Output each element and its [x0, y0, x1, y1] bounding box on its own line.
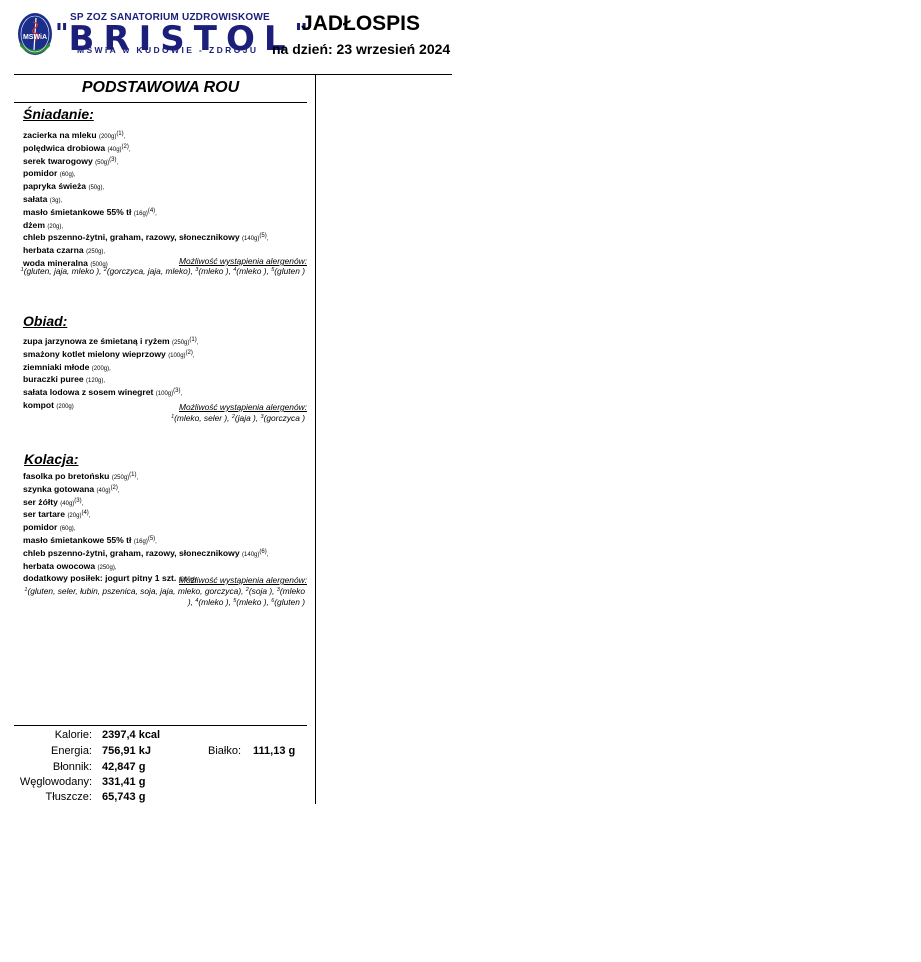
- allergen-reference: (5): [259, 233, 266, 239]
- allergen-entry: (mleko, seler ),: [174, 413, 232, 423]
- energy-value: 756,91 kJ: [102, 744, 151, 759]
- menu-item: kompot (200g): [23, 400, 198, 413]
- menu-item-name: pomidor: [23, 522, 57, 532]
- menu-item-quantity: (60g): [60, 172, 74, 178]
- meal-items: fasolka po bretońsku (250g)(1),szynka go…: [23, 471, 268, 586]
- diet-name: PODSTAWOWA ROU: [14, 79, 307, 97]
- allergen-entry: (gorczyca, jaja, mleko),: [107, 266, 195, 276]
- allergen-heading: Możliwość wystąpienia alergenów:: [179, 256, 307, 266]
- menu-item-separator: ,: [124, 134, 126, 140]
- menu-item-quantity: (50g): [95, 160, 109, 166]
- menu-item-separator: ,: [103, 378, 105, 384]
- menu-item: pomidor (60g),: [23, 522, 268, 535]
- allergen-reference: (1): [189, 337, 196, 343]
- menu-item-separator: ,: [103, 249, 105, 255]
- menu-item-name: kompot: [23, 400, 54, 410]
- menu-item-name: dżem: [23, 220, 47, 230]
- menu-item-name: pomidor: [23, 168, 57, 178]
- menu-item-separator: ,: [89, 513, 91, 519]
- calories-label: Kalorie:: [55, 728, 92, 743]
- menu-item-name: papryka świeża: [23, 181, 86, 191]
- menu-item-separator: ,: [60, 198, 62, 204]
- column-divider: [315, 75, 316, 804]
- menu-item-quantity: (100g): [156, 391, 173, 397]
- menu-item-name: ser tartare: [23, 509, 65, 519]
- menu-item: serek twarogowy (50g)(3),: [23, 156, 268, 169]
- fat-value: 65,743 g: [102, 790, 145, 805]
- menu-item: dżem (20g),: [23, 220, 268, 233]
- organization-location: MSWiA w KUDOWIE - ZDROJU: [77, 45, 258, 55]
- menu-item-quantity: (3g): [50, 198, 61, 204]
- menu-item-name: herbata czarna: [23, 245, 86, 255]
- meal-items: zacierka na mleku (200g)(1),polędwica dr…: [23, 130, 268, 271]
- menu-item-quantity: (16g): [134, 211, 148, 217]
- menu-item-separator: ,: [129, 147, 131, 153]
- allergen-entry: (mleko ),: [198, 597, 233, 607]
- menu-item-separator: ,: [155, 211, 157, 217]
- menu-item-separator: ,: [155, 539, 157, 545]
- menu-item-name: polędwica drobiowa: [23, 143, 105, 153]
- menu-item-quantity: (200g): [56, 404, 73, 410]
- menu-item-quantity: (250g): [112, 475, 129, 481]
- menu-item-quantity: (40g): [97, 488, 111, 494]
- menu-item-quantity: (140g): [242, 552, 259, 558]
- meal-heading: Obiad:: [23, 313, 67, 329]
- allergen-reference: (2): [186, 350, 193, 356]
- menu-item-name: chleb pszenno-żytni, graham, razowy, sło…: [23, 548, 240, 558]
- menu-item-name: dodatkowy posiłek: jogurt pitny 1 szt.: [23, 573, 176, 583]
- menu-item: zacierka na mleku (200g)(1),: [23, 130, 268, 143]
- menu-item-name: zacierka na mleku: [23, 130, 97, 140]
- allergen-entry: (jaja ),: [235, 413, 261, 423]
- svg-text:MSWiA: MSWiA: [23, 34, 47, 41]
- mswia-emblem-icon: MSWiA: [17, 12, 53, 56]
- calories-value: 2397,4 kcal: [102, 728, 160, 743]
- menu-item-name: herbata owocowa: [23, 561, 95, 571]
- menu-item: buraczki puree (120g),: [23, 374, 198, 387]
- allergen-reference: (2): [111, 485, 118, 491]
- menu-item: zupa jarzynowa ze śmietaną i ryżem (250g…: [23, 336, 198, 349]
- menu-item-name: sałata: [23, 194, 47, 204]
- allergen-list: 1(gluten, seler, łubin, pszenica, soja, …: [19, 586, 305, 608]
- menu-item: chleb pszenno-żytni, graham, razowy, sło…: [23, 548, 268, 561]
- meal-heading: Śniadanie:: [23, 106, 94, 122]
- menu-item-quantity: (200g): [99, 134, 116, 140]
- menu-item: sałata (3g),: [23, 194, 268, 207]
- menu-item: szynka gotowana (40g)(2),: [23, 484, 268, 497]
- menu-item-separator: ,: [115, 565, 117, 571]
- menu-item-name: szynka gotowana: [23, 484, 94, 494]
- menu-item-name: sałata lodowa z sosem winegret: [23, 387, 153, 397]
- meal-heading: Kolacja:: [24, 451, 78, 467]
- menu-item-quantity: (200g): [92, 366, 109, 372]
- allergen-heading: Możliwość wystąpienia alergenów:: [179, 402, 307, 412]
- allergen-reference: (1): [116, 131, 123, 137]
- menu-item-quantity: (120g): [86, 378, 103, 384]
- menu-item: ziemniaki młode (200g),: [23, 362, 198, 375]
- menu-item-quantity: (250g): [86, 249, 103, 255]
- diet-title-underline: [14, 102, 307, 103]
- fat-label: Tłuszcze:: [46, 790, 92, 805]
- menu-item: pomidor (60g),: [23, 168, 268, 181]
- menu-item: masło śmietankowe 55% tł (16g)(5),: [23, 535, 268, 548]
- menu-item-name: smażony kotlet mielony wieprzowy: [23, 349, 166, 359]
- menu-item: masło śmietankowe 55% tł (16g)(4),: [23, 207, 268, 220]
- menu-item-quantity: (140g): [242, 236, 259, 242]
- menu-item-quantity: (20g): [47, 224, 61, 230]
- menu-item-separator: ,: [137, 475, 139, 481]
- menu-item-separator: ,: [197, 340, 199, 346]
- meal-items: zupa jarzynowa ze śmietaną i ryżem (250g…: [23, 336, 198, 413]
- nutrition-divider: [14, 725, 307, 726]
- carbs-label: Węglowodany:: [20, 775, 92, 790]
- fiber-value: 42,847 g: [102, 760, 145, 775]
- menu-item-name: masło śmietankowe 55% tł: [23, 535, 131, 545]
- menu-item-separator: ,: [102, 185, 104, 191]
- menu-item-quantity: (40g): [60, 501, 74, 507]
- allergen-entry: (gluten ): [274, 266, 305, 276]
- allergen-entry: (gluten ): [274, 597, 305, 607]
- menu-item-separator: ,: [82, 501, 84, 507]
- menu-item: chleb pszenno-żytni, graham, razowy, sło…: [23, 232, 268, 245]
- menu-item: fasolka po bretońsku (250g)(1),: [23, 471, 268, 484]
- allergen-entry: (gorczyca ): [264, 413, 305, 423]
- menu-item-quantity: (50g): [88, 185, 102, 191]
- menu-item: polędwica drobiowa (40g)(2),: [23, 143, 268, 156]
- allergen-reference: (6): [259, 549, 266, 555]
- allergen-entry: (mleko ),: [198, 266, 233, 276]
- protein-label: Białko:: [208, 744, 241, 759]
- carbs-value: 331,41 g: [102, 775, 145, 790]
- fiber-label: Błonnik:: [53, 760, 92, 775]
- allergen-reference: (3): [74, 498, 81, 504]
- menu-item-separator: ,: [74, 172, 76, 178]
- allergen-entry: (gluten, seler, łubin, pszenica, soja, j…: [27, 586, 245, 596]
- menu-item-quantity: (16g): [134, 539, 148, 545]
- menu-item: sałata lodowa z sosem winegret (100g)(3)…: [23, 387, 198, 400]
- menu-item-name: fasolka po bretońsku: [23, 471, 109, 481]
- menu-item: herbata owocowa (250g),: [23, 561, 268, 574]
- menu-item: ser żółty (40g)(3),: [23, 497, 268, 510]
- allergen-entry: (soja ),: [249, 586, 277, 596]
- allergen-list: 1(mleko, seler ), 2(jaja ), 3(gorczyca ): [19, 413, 305, 424]
- menu-item-quantity: (250g): [172, 340, 189, 346]
- allergen-reference: (2): [122, 144, 129, 150]
- allergen-entry: (mleko ),: [236, 266, 271, 276]
- menu-item-name: serek twarogowy: [23, 156, 93, 166]
- menu-item-name: ser żółty: [23, 497, 60, 507]
- menu-item-separator: ,: [118, 488, 120, 494]
- menu-item: papryka świeża (50g),: [23, 181, 268, 194]
- menu-item: ser tartare (20g)(4),: [23, 509, 268, 522]
- menu-item-name: zupa jarzynowa ze śmietaną i ryżem: [23, 336, 170, 346]
- allergen-list: 1(gluten, jaja, mleko ), 2(gorczyca, jaj…: [19, 266, 305, 277]
- quote-open: ": [55, 19, 69, 49]
- protein-value: 111,13 g: [253, 744, 295, 759]
- allergen-heading: Możliwość wystąpienia alergenów:: [179, 575, 307, 585]
- menu-item-name: masło śmietankowe 55% tł: [23, 207, 131, 217]
- menu-item: smażony kotlet mielony wieprzowy (100g)(…: [23, 349, 198, 362]
- allergen-entry: (mleko ),: [236, 597, 271, 607]
- menu-item-separator: ,: [74, 526, 76, 532]
- menu-item-separator: ,: [109, 366, 111, 372]
- menu-item-separator: ,: [116, 160, 118, 166]
- menu-item-quantity: (40g): [108, 147, 122, 153]
- menu-item-name: ziemniaki młode: [23, 362, 89, 372]
- menu-item-separator: ,: [267, 236, 269, 242]
- menu-item-separator: ,: [267, 552, 269, 558]
- allergen-reference: (4): [81, 510, 88, 516]
- menu-item-name: buraczki puree: [23, 374, 84, 384]
- document-title: JADŁOSPIS: [301, 12, 420, 36]
- allergen-reference: (1): [129, 472, 136, 478]
- menu-item-separator: ,: [193, 353, 195, 359]
- menu-item-quantity: (100g): [168, 353, 185, 359]
- menu-item-quantity: (20g): [67, 513, 81, 519]
- menu-item-separator: ,: [61, 224, 63, 230]
- menu-item-separator: ,: [180, 391, 182, 397]
- menu-item-quantity: (250g): [98, 565, 115, 571]
- header-divider: [14, 74, 452, 75]
- menu-item-name: chleb pszenno-żytni, graham, razowy, sło…: [23, 232, 240, 242]
- allergen-entry: (gluten, jaja, mleko ),: [24, 266, 104, 276]
- menu-date: na dzień: 23 wrzesień 2024: [272, 41, 450, 57]
- energy-label: Energia:: [51, 744, 92, 759]
- menu-item-quantity: (60g): [60, 526, 74, 532]
